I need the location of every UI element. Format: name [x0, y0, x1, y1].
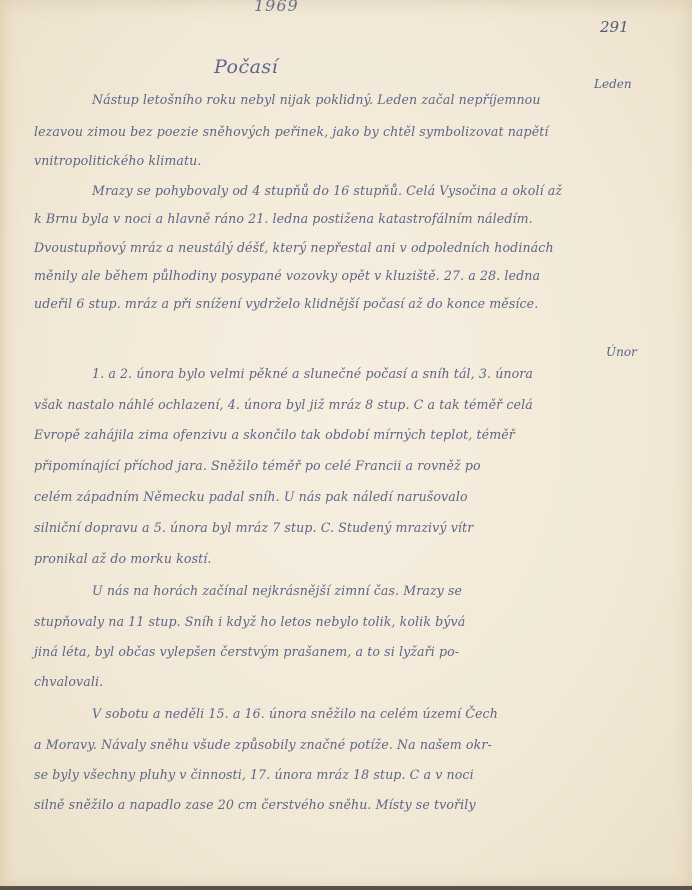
text-line: stupňovaly na 11 stup. Sníh i když ho le…: [34, 614, 465, 629]
text-line: lezavou zimou bez poezie sněhových peřin…: [34, 124, 549, 139]
margin-note-february: Únor: [606, 345, 637, 359]
margin-note-january: Leden: [594, 77, 632, 91]
text-line: V sobotu a neděli 15. a 16. února sněžil…: [92, 706, 498, 721]
page-title: Počasí: [214, 56, 278, 78]
text-line: Mrazy se pohybovaly od 4 stupňů do 16 st…: [92, 183, 562, 198]
text-line: jiná léta, byl občas vylepšen čerstvým p…: [34, 644, 459, 659]
page-edge-shadow: [0, 0, 6, 890]
text-line: vnitropolitického klimatu.: [34, 153, 201, 168]
text-line: však nastalo náhlé ochlazení, 4. února b…: [34, 397, 533, 412]
page-year: 1969: [254, 0, 299, 15]
text-line: udeřil 6 stup. mráz a při snížení vydrže…: [34, 296, 538, 311]
text-line: Dvoustupňový mráz a neustálý déšť, který…: [34, 240, 554, 255]
text-line: měnily ale během půlhodiny posypané vozo…: [34, 268, 540, 283]
manuscript-page: 1969 291 Počasí Leden Únor Nástup letošn…: [0, 0, 692, 890]
page-number: 291: [600, 18, 629, 36]
text-line: k Brnu byla v noci a hlavně ráno 21. led…: [34, 211, 533, 226]
text-line: 1. a 2. února bylo velmi pěkné a slunečn…: [92, 366, 533, 381]
text-line: pronikal až do morku kostí.: [34, 551, 212, 566]
text-line: U nás na horách začínal nejkrásnější zim…: [92, 583, 462, 598]
text-line: silně sněžilo a napadlo zase 20 cm čerst…: [34, 797, 476, 812]
text-line: Nástup letošního roku nebyl nijak poklid…: [92, 92, 541, 107]
text-line: chvalovali.: [34, 674, 103, 689]
text-line: se byly všechny pluhy v činnosti, 17. ún…: [34, 767, 474, 782]
text-line: připomínající příchod jara. Sněžilo témě…: [34, 458, 481, 473]
text-line: silniční dopravu a 5. února byl mráz 7 s…: [34, 520, 473, 535]
page-bottom-edge: [0, 886, 692, 890]
text-line: celém západním Německu padal sníh. U nás…: [34, 489, 468, 504]
text-line: a Moravy. Návaly sněhu všude způsobily z…: [34, 737, 492, 752]
text-line: Evropě zahájila zima ofenzivu a skončilo…: [34, 427, 515, 442]
